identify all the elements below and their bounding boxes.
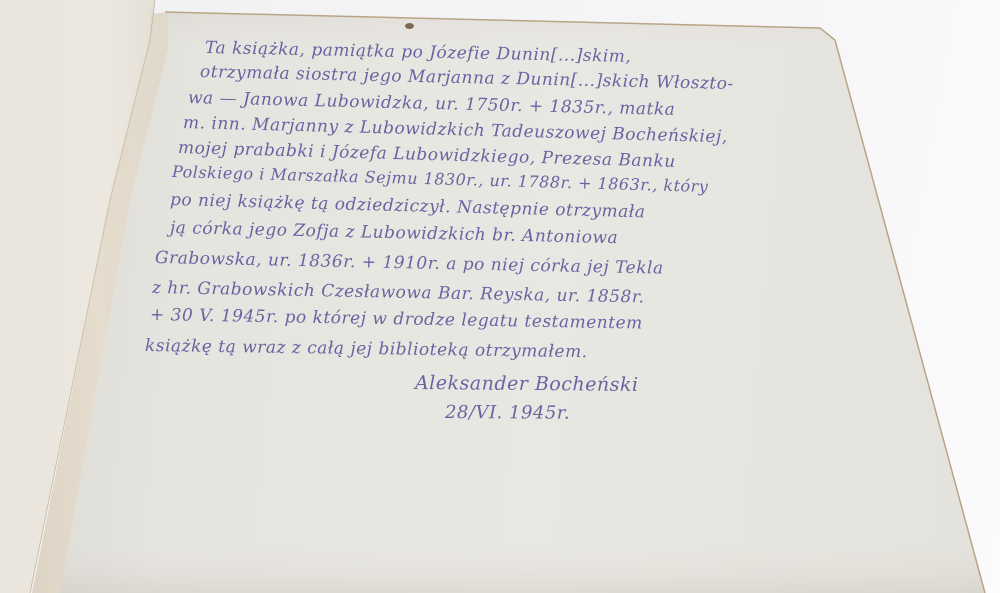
- inscription-line-9: Grabowska, ur. 1836r. + 1910r. a po niej…: [155, 248, 664, 279]
- inscription-line-11: + 30 V. 1945r. po której w drodze legatu…: [150, 305, 643, 334]
- book-photo: Ta książka, pamiątka po Józefie Dunin[..…: [0, 0, 1000, 593]
- handwritten-inscription: Ta książka, pamiątka po Józefie Dunin[..…: [0, 0, 1000, 593]
- signature: Aleksander Bocheński: [415, 372, 639, 396]
- inscription-date: 28/VI. 1945r.: [445, 402, 570, 424]
- inscription-line-10: z hr. Grabowskich Czesławowa Bar. Reyska…: [152, 278, 645, 307]
- inscription-line-12: książkę tą wraz z całą jej biblioteką ot…: [145, 336, 588, 362]
- inscription-line-7: po niej książkę tą odziedziczył. Następn…: [170, 190, 646, 222]
- inscription-line-8: ją córka jego Zofja z Lubowidzkich br. A…: [170, 218, 619, 248]
